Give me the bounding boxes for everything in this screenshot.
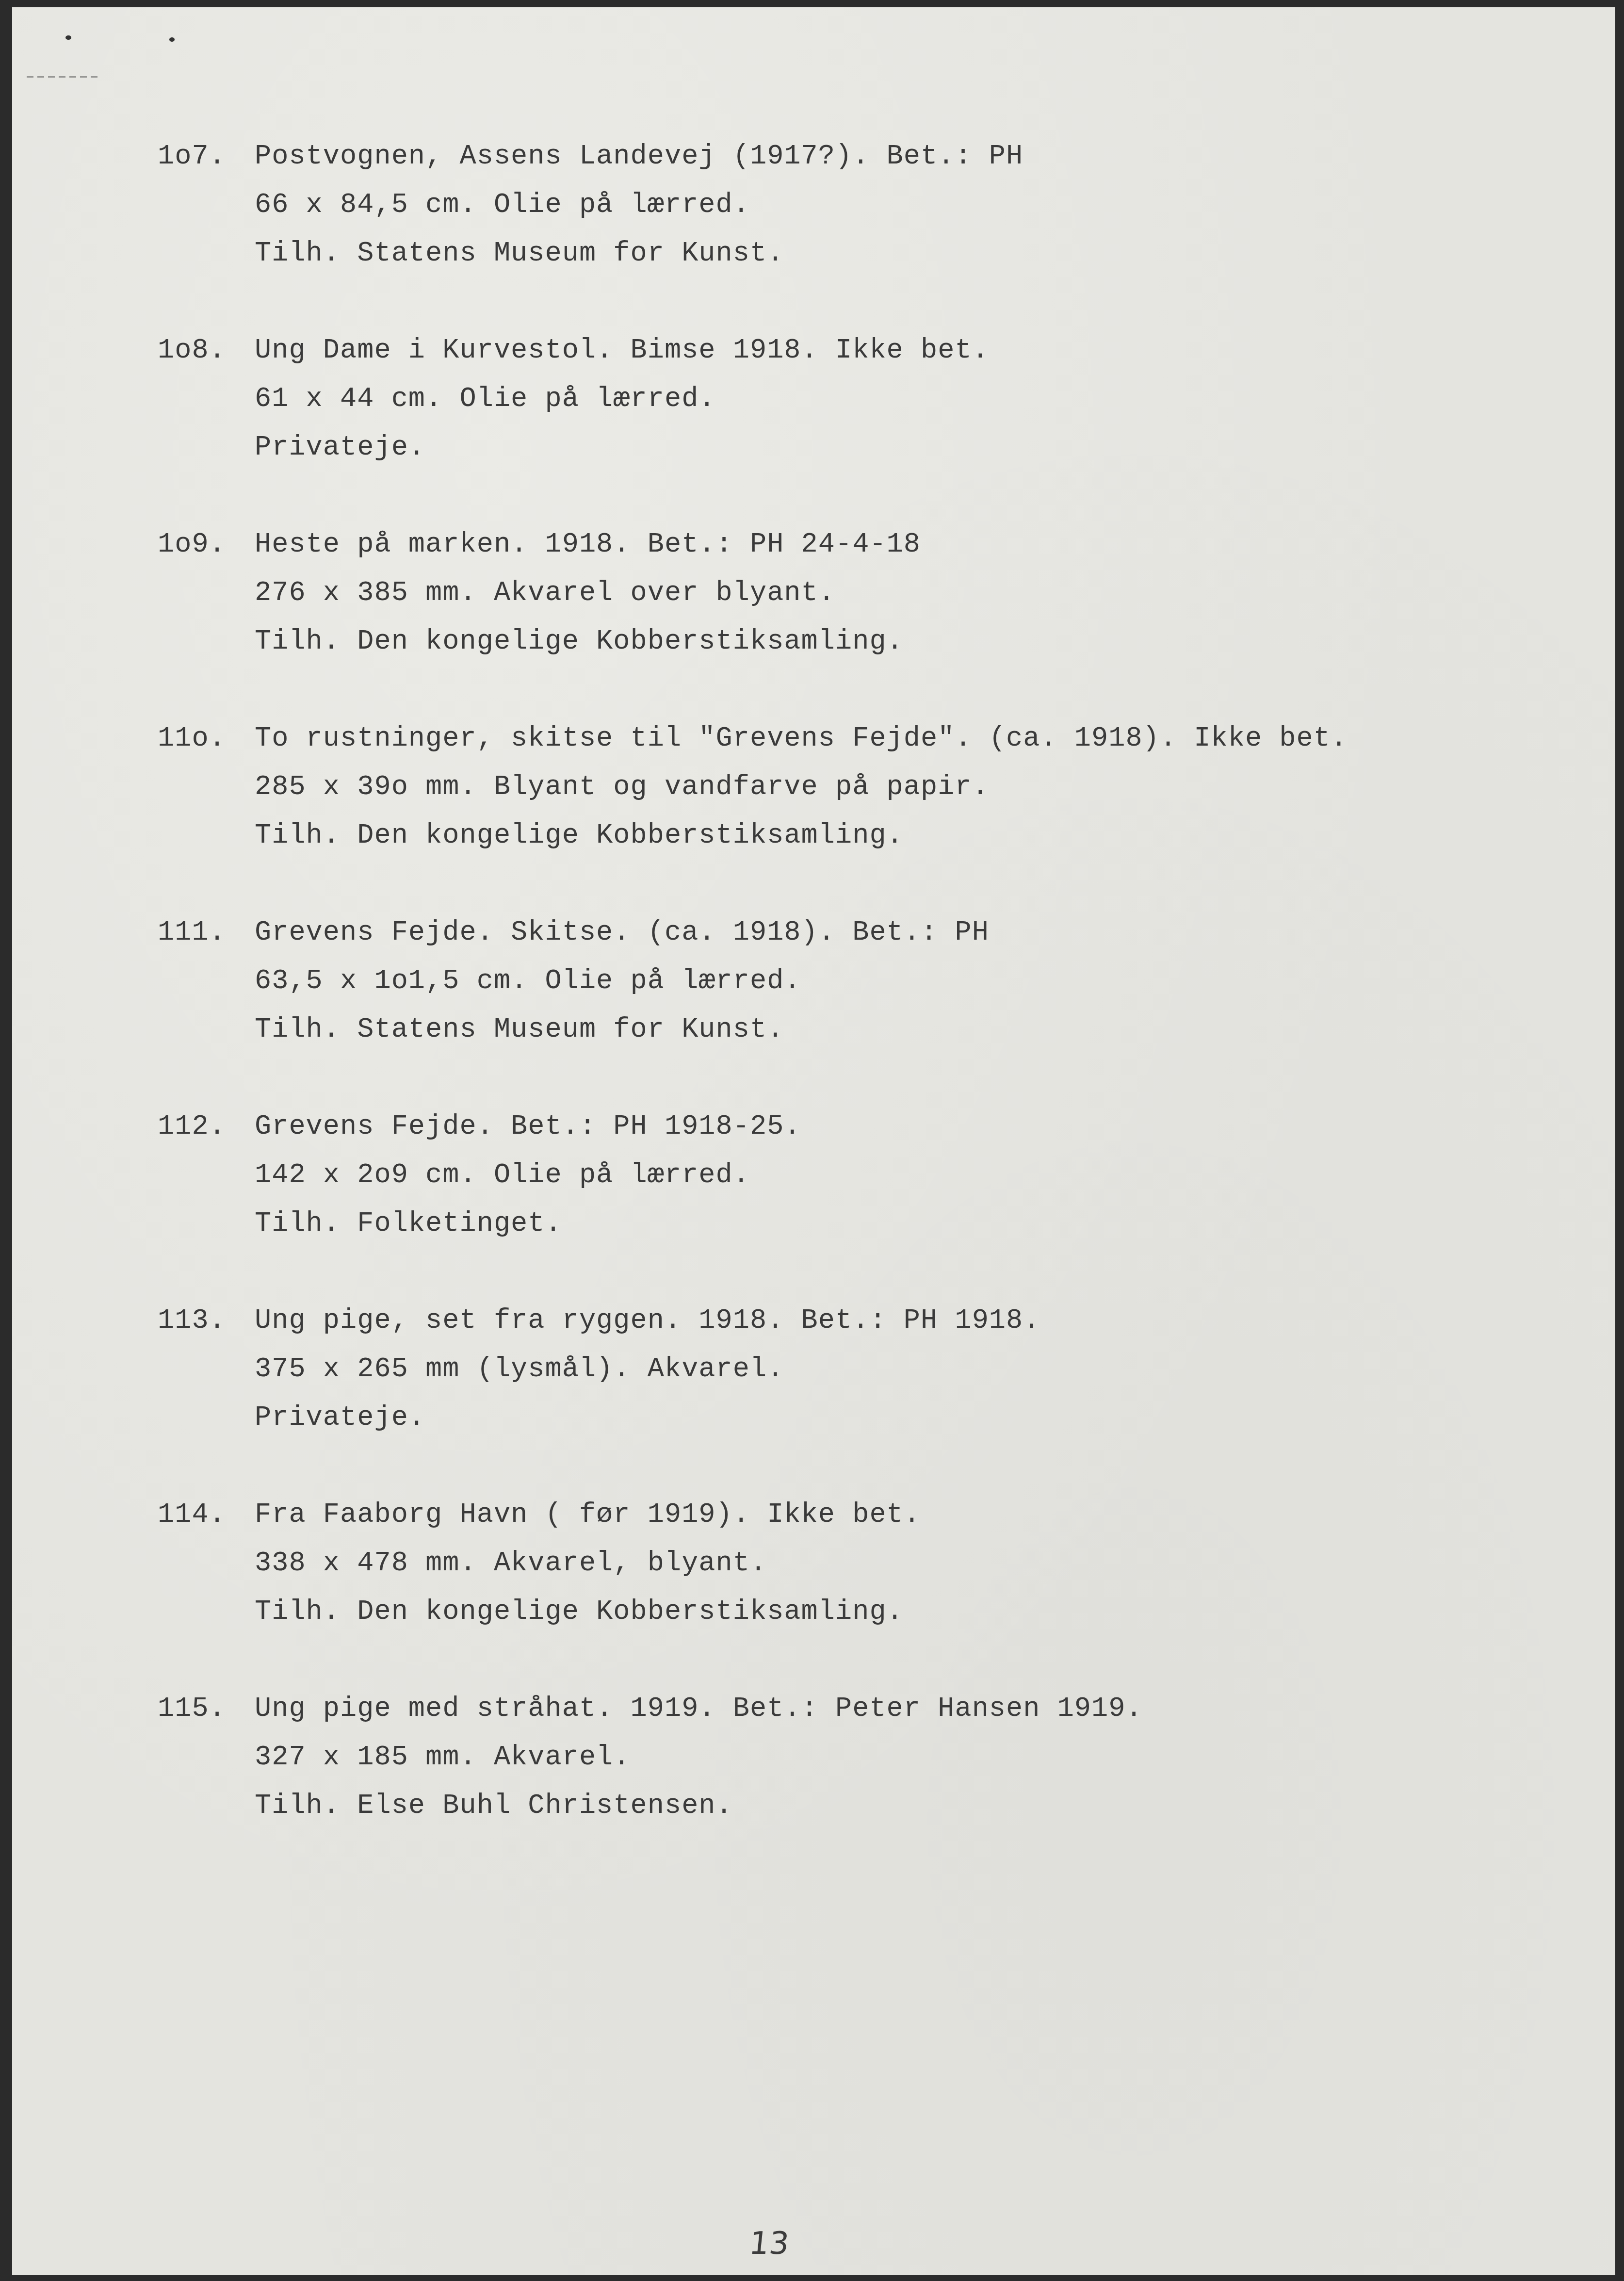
entry-dimensions: 142 x 2o9 cm. Olie på lærred. <box>255 1151 801 1200</box>
entry-number: 111. <box>158 909 226 957</box>
entry-owner: Tilh. Den kongelige Kobberstiksamling. <box>255 1588 921 1636</box>
entry-title: Fra Faaborg Havn ( før 1919). Ikke bet. <box>255 1491 921 1539</box>
catalogue-entry: 111. Grevens Fejde. Skitse. (ca. 1918). … <box>146 909 880 1054</box>
entry-dimensions: 375 x 265 mm (lysmål). Akvarel. <box>255 1345 1040 1394</box>
punch-mark <box>65 35 71 40</box>
entry-title: Ung pige, set fra ryggen. 1918. Bet.: PH… <box>255 1297 1040 1345</box>
entry-title: Ung Dame i Kurvestol. Bimse 1918. Ikke b… <box>255 326 989 375</box>
entry-title: Heste på marken. 1918. Bet.: PH 24-4-18 <box>255 521 921 569</box>
catalogue-entry: 113. Ung pige, set fra ryggen. 1918. Bet… <box>146 1297 931 1442</box>
entry-owner: Privateje. <box>255 1394 1040 1442</box>
entry-dimensions: 276 x 385 mm. Akvarel over blyant. <box>255 569 921 618</box>
entry-owner: Tilh. Den kongelige Kobberstiksamling. <box>255 812 1348 860</box>
entry-owner: Tilh. Statens Museum for Kunst. <box>255 1006 989 1054</box>
entry-owner: Tilh. Statens Museum for Kunst. <box>255 229 1023 278</box>
page-number: 13 <box>747 2226 791 2262</box>
catalogue-entry: 112. Grevens Fejde. Bet.: PH 1918-25. 14… <box>146 1103 692 1248</box>
entry-title: Ung pige med stråhat. 1919. Bet.: Peter … <box>255 1685 1143 1733</box>
entry-dimensions: 338 x 478 mm. Akvarel, blyant. <box>255 1539 921 1588</box>
entry-number: 112. <box>158 1103 226 1151</box>
entry-title: Grevens Fejde. Skitse. (ca. 1918). Bet.:… <box>255 909 989 957</box>
entry-title: Grevens Fejde. Bet.: PH 1918-25. <box>255 1103 801 1151</box>
catalogue-entry: 11o. To rustninger, skitse til "Grevens … <box>146 715 1238 860</box>
entry-title: To rustninger, skitse til "Grevens Fejde… <box>255 715 1348 763</box>
catalogue-entry: 1o7. Postvognen, Assens Landevej (1917?)… <box>146 132 914 278</box>
catalogue-entry: 1o8. Ung Dame i Kurvestol. Bimse 1918. I… <box>146 326 880 472</box>
entry-dimensions: 285 x 39o mm. Blyant og vandfarve på pap… <box>255 763 1348 812</box>
entry-owner: Privateje. <box>255 424 989 472</box>
entry-number: 114. <box>158 1491 226 1539</box>
entry-dimensions: 61 x 44 cm. Olie på lærred. <box>255 375 989 424</box>
entry-number: 11o. <box>158 715 226 763</box>
entry-owner: Tilh. Den kongelige Kobberstiksamling. <box>255 618 921 666</box>
entry-number: 1o7. <box>158 132 226 181</box>
entry-owner: Tilh. Else Buhl Christensen. <box>255 1782 1143 1830</box>
entry-owner: Tilh. Folketinget. <box>255 1200 801 1248</box>
entry-dimensions: 66 x 84,5 cm. Olie på lærred. <box>255 181 1023 229</box>
entry-dimensions: 327 x 185 mm. Akvarel. <box>255 1733 1143 1782</box>
entry-title: Postvognen, Assens Landevej (1917?). Bet… <box>255 132 1023 181</box>
entry-number: 1o9. <box>158 521 226 569</box>
catalogue-entry: 114. Fra Faaborg Havn ( før 1919). Ikke … <box>146 1491 812 1636</box>
entry-dimensions: 63,5 x 1o1,5 cm. Olie på lærred. <box>255 957 989 1006</box>
catalogue-entry: 1o9. Heste på marken. 1918. Bet.: PH 24-… <box>146 521 812 666</box>
punch-mark <box>169 37 175 42</box>
margin-rule-mark <box>27 76 99 78</box>
entry-number: 115. <box>158 1685 226 1733</box>
entry-number: 113. <box>158 1297 226 1345</box>
entry-number: 1o8. <box>158 326 226 375</box>
catalogue-entry: 115. Ung pige med stråhat. 1919. Bet.: P… <box>146 1685 1034 1830</box>
